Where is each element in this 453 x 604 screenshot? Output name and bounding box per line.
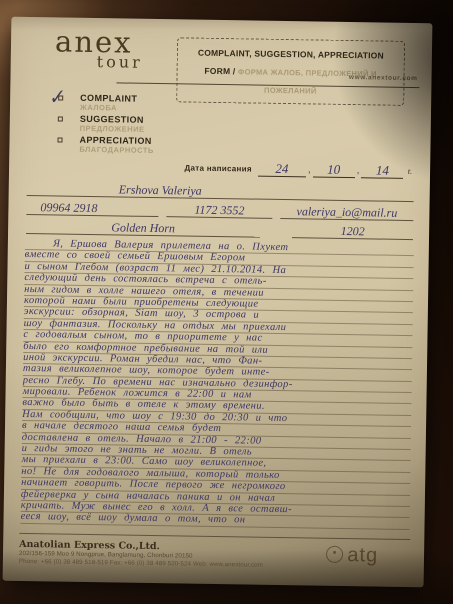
date-suffix: г. — [408, 167, 412, 176]
date-separator: , — [357, 165, 360, 176]
form-type-checkboxes: ✓ COMPLAINT ЖАЛОБА SUGGESTION ПРЕДЛОЖЕНИ… — [55, 92, 417, 159]
date-day-value: 24 — [258, 162, 306, 178]
checkbox-square — [58, 116, 63, 121]
handwritten-checkmark: ✓ — [46, 85, 65, 110]
form-footer: Anatolian Express Co.,Ltd. 202/156-159 M… — [19, 533, 410, 572]
form-title-ru: ФОРМА ЖАЛОБ, ПРЕДЛОЖЕНИЙ И ПОЖЕЛАНИЙ — [238, 67, 377, 95]
anex-tour-logo: anex tour — [55, 27, 144, 71]
email-field-value: valeriya_io@mail.ru — [280, 204, 413, 221]
website-text: www.anextour.com — [349, 74, 418, 82]
hotel-field-value: Golden Horn — [26, 219, 260, 238]
atg-logo: atg atak tourism group — [326, 546, 396, 572]
form-header: anex tour COMPLAINT, SUGGESTION, APPRECI… — [26, 27, 418, 91]
date-label: Дата написания — [184, 163, 252, 173]
atg-logo-text: atg — [347, 546, 378, 564]
phone2-field-value: 1172 3552 — [166, 202, 272, 219]
checkbox-square — [57, 137, 62, 142]
phone-field-value: 09964 2918 — [26, 200, 158, 217]
atg-subtitle: atak tourism group — [326, 566, 396, 572]
form-paper: anex tour COMPLAINT, SUGGESTION, APPRECI… — [3, 17, 433, 588]
logo-text-tour: tour — [97, 52, 143, 72]
date-separator: , — [308, 164, 311, 175]
room-field-value: 1202 — [292, 223, 413, 240]
handwritten-body: Я, Ершова Валерия прилетела на о. Пхукет… — [20, 239, 413, 530]
atg-circle-icon — [326, 546, 343, 563]
photo-of-form: anex tour COMPLAINT, SUGGESTION, APPRECI… — [0, 0, 453, 604]
company-block: Anatolian Express Co.,Ltd. 202/156-159 M… — [19, 539, 263, 570]
date-month-value: 10 — [313, 162, 355, 178]
date-year-value: 14 — [361, 163, 403, 179]
